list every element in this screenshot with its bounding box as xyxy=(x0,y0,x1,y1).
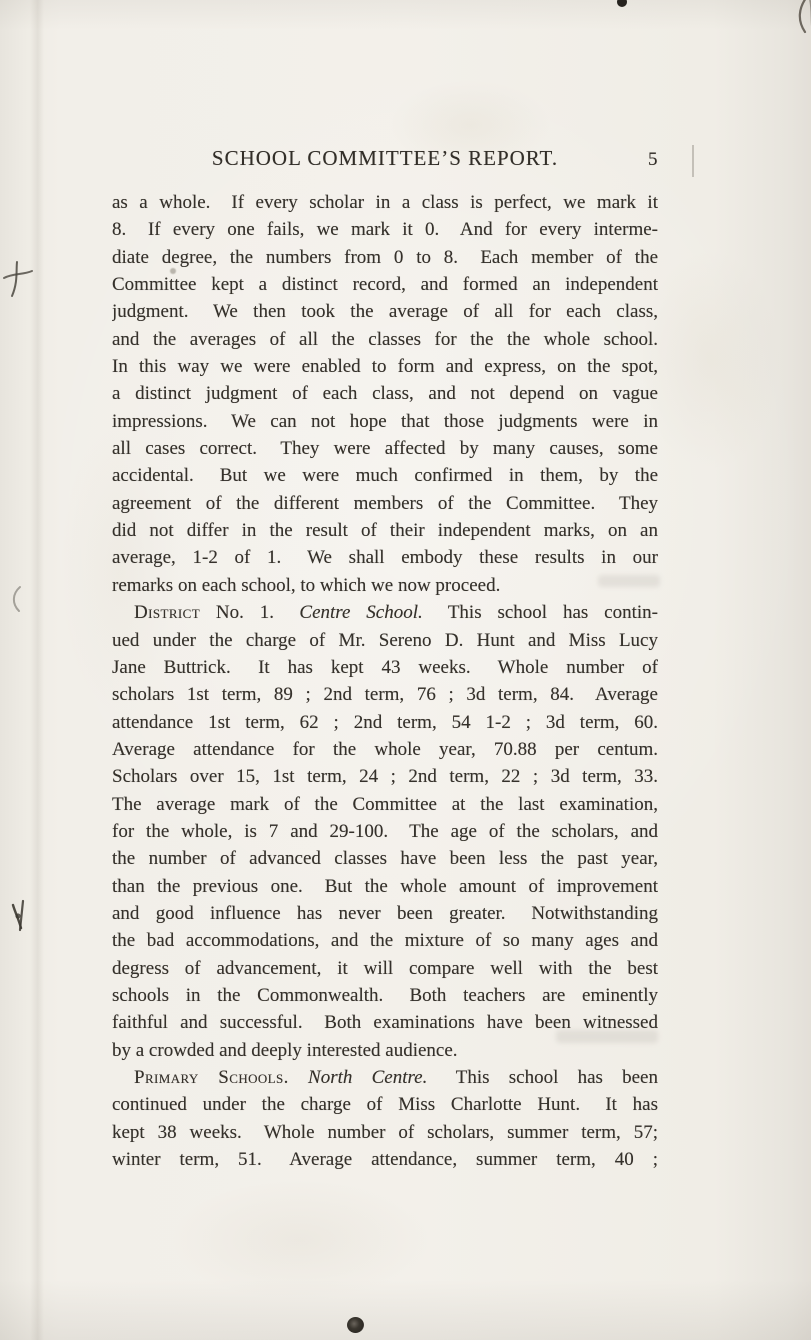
text-line: diate degree, the numbers from 0 to 8. E… xyxy=(112,244,658,271)
paper-stain xyxy=(170,1180,430,1300)
text-line: the number of advanced classes have been… xyxy=(112,845,658,872)
text-line: In this way we were enabled to form and … xyxy=(112,353,658,380)
text-line: The average mark of the Committee at the… xyxy=(112,791,658,818)
text-line: winter term, 51. Average attendance, sum… xyxy=(112,1146,658,1173)
text-line: continued under the charge of Miss Charl… xyxy=(112,1091,658,1118)
text-line: Committee kept a distinct record, and fo… xyxy=(112,271,658,298)
scratch-mark xyxy=(692,145,694,177)
text-line: by a crowded and deeply interested audie… xyxy=(112,1037,658,1064)
text-line: agreement of the different members of th… xyxy=(112,490,658,517)
district-line-tail: This school has contin- xyxy=(423,602,658,623)
primary-schools-label: Primary Schools. xyxy=(134,1067,289,1088)
text-line: remarks on each school, to which we now … xyxy=(112,572,658,599)
pen-cross-mark-icon xyxy=(2,260,34,302)
corner-pen-stroke-icon xyxy=(779,0,811,42)
text-line: average, 1-2 of 1. We shall embody these… xyxy=(112,544,658,571)
text-line: and good influence has never been greate… xyxy=(112,900,658,927)
paper-edge-shading xyxy=(0,1280,811,1340)
text-line: the bad accommodations, and the mixture … xyxy=(112,927,658,954)
scanned-book-page: SCHOOL COMMITTEE’S REPORT. 5 as a whole.… xyxy=(0,0,811,1340)
text-line: for the whole, is 7 and 29-100. The age … xyxy=(112,818,658,845)
primary-schools-heading-line: Primary Schools. North Centre. This scho… xyxy=(112,1064,658,1091)
text-line: all cases correct. They were affected by… xyxy=(112,435,658,462)
primary-line-tail: This school has been xyxy=(427,1067,658,1088)
paper-crease xyxy=(30,0,44,1340)
text-line: than the previous one. But the whole amo… xyxy=(112,873,658,900)
school-name-italic: Centre School. xyxy=(299,602,422,623)
text-line: a distinct judgment of each class, and n… xyxy=(112,380,658,407)
pen-tick-mark-icon xyxy=(6,898,32,934)
text-line: attendance 1st term, 62 ; 2nd term, 54 1… xyxy=(112,709,658,736)
paper-edge-shading xyxy=(0,0,811,30)
text-line: ued under the charge of Mr. Sereno D. Hu… xyxy=(112,627,658,654)
text-line: scholars 1st term, 89 ; 2nd term, 76 ; 3… xyxy=(112,681,658,708)
text-line: as a whole. If every scholar in a class … xyxy=(112,189,658,216)
page-number: 5 xyxy=(648,149,658,171)
text-line: Scholars over 15, 1st term, 24 ; 2nd ter… xyxy=(112,763,658,790)
text-line: judgment. We then took the average of al… xyxy=(112,298,658,325)
district-label: District xyxy=(134,602,200,623)
district-heading-line: District No. 1. Centre School. This scho… xyxy=(112,599,658,626)
separator-space xyxy=(289,1067,308,1088)
ink-blot xyxy=(347,1317,364,1333)
text-line: 8. If every one fails, we mark it 0. And… xyxy=(112,216,658,243)
school-name-italic: North Centre. xyxy=(308,1067,427,1088)
text-line: faithful and successful. Both examinatio… xyxy=(112,1009,658,1036)
text-line: degress of advancement, it will compare … xyxy=(112,955,658,982)
page-text-block: as a whole. If every scholar in a class … xyxy=(112,189,658,1173)
pen-paren-mark-icon xyxy=(6,585,26,613)
text-line: impressions. We can not hope that those … xyxy=(112,408,658,435)
text-line: and the averages of all the classes for … xyxy=(112,326,658,353)
running-head-title: SCHOOL COMMITTEE’S REPORT. xyxy=(112,146,658,171)
text-line: kept 38 weeks. Whole number of scholars,… xyxy=(112,1119,658,1146)
district-number: No. 1. xyxy=(200,602,299,623)
text-line: Jane Buttrick. It has kept 43 weeks. Who… xyxy=(112,654,658,681)
text-line: accidental. But we were much confirmed i… xyxy=(112,462,658,489)
text-line: Average attendance for the whole year, 7… xyxy=(112,736,658,763)
text-line: did not differ in the result of their in… xyxy=(112,517,658,544)
text-line: schools in the Commonwealth. Both teache… xyxy=(112,982,658,1009)
paper-stain xyxy=(640,250,780,470)
